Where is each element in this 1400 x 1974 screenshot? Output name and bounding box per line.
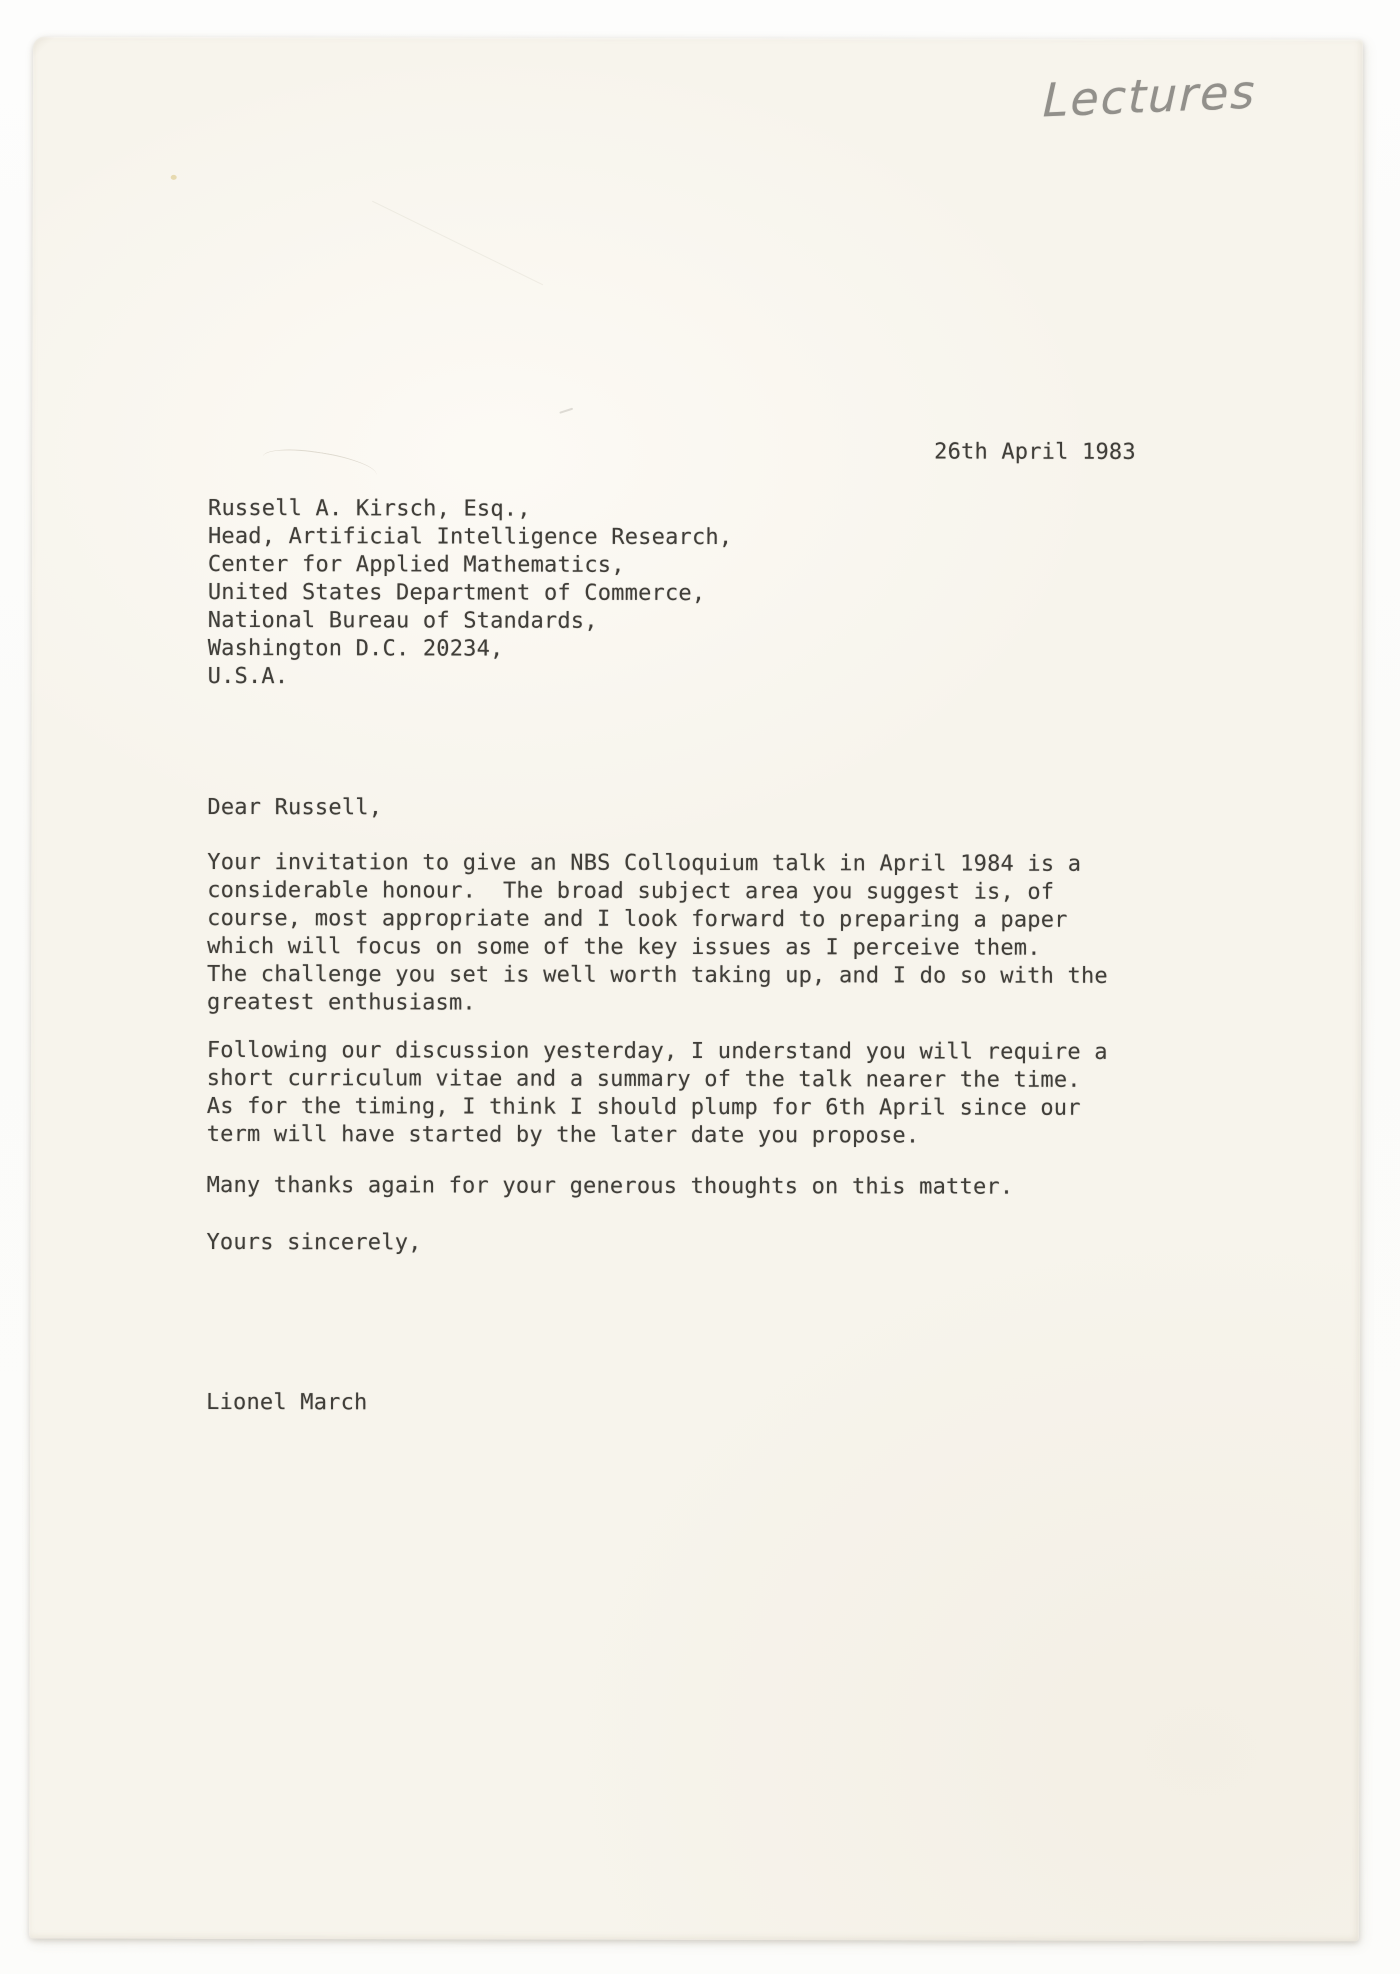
- body-paragraph-2: Following our discussion yesterday, I un…: [207, 1037, 1108, 1151]
- body-paragraph-3: Many thanks again for your generous thou…: [207, 1172, 1014, 1202]
- paper-crease: [261, 443, 379, 488]
- paper-corner-crease: [33, 37, 163, 167]
- body-paragraph-1: Your invitation to give an NBS Colloquiu…: [207, 849, 1108, 1019]
- letter-date: 26th April 1983: [934, 438, 1136, 466]
- recipient-address: Russell A. Kirsch, Esq., Head, Artificia…: [208, 495, 733, 692]
- handwritten-annotation: Lectures: [1042, 64, 1257, 127]
- salutation: Dear Russell,: [207, 794, 382, 822]
- paper-crease: [372, 201, 543, 286]
- paper-speck: [559, 408, 573, 414]
- closing: Yours sincerely,: [206, 1229, 421, 1257]
- scan-background: Lectures 26th April 1983 Russell A. Kirs…: [0, 0, 1400, 1974]
- paper-stain: [171, 175, 177, 180]
- signature-name: Lionel March: [206, 1389, 367, 1417]
- letter-paper: Lectures 26th April 1983 Russell A. Kirs…: [29, 37, 1363, 1942]
